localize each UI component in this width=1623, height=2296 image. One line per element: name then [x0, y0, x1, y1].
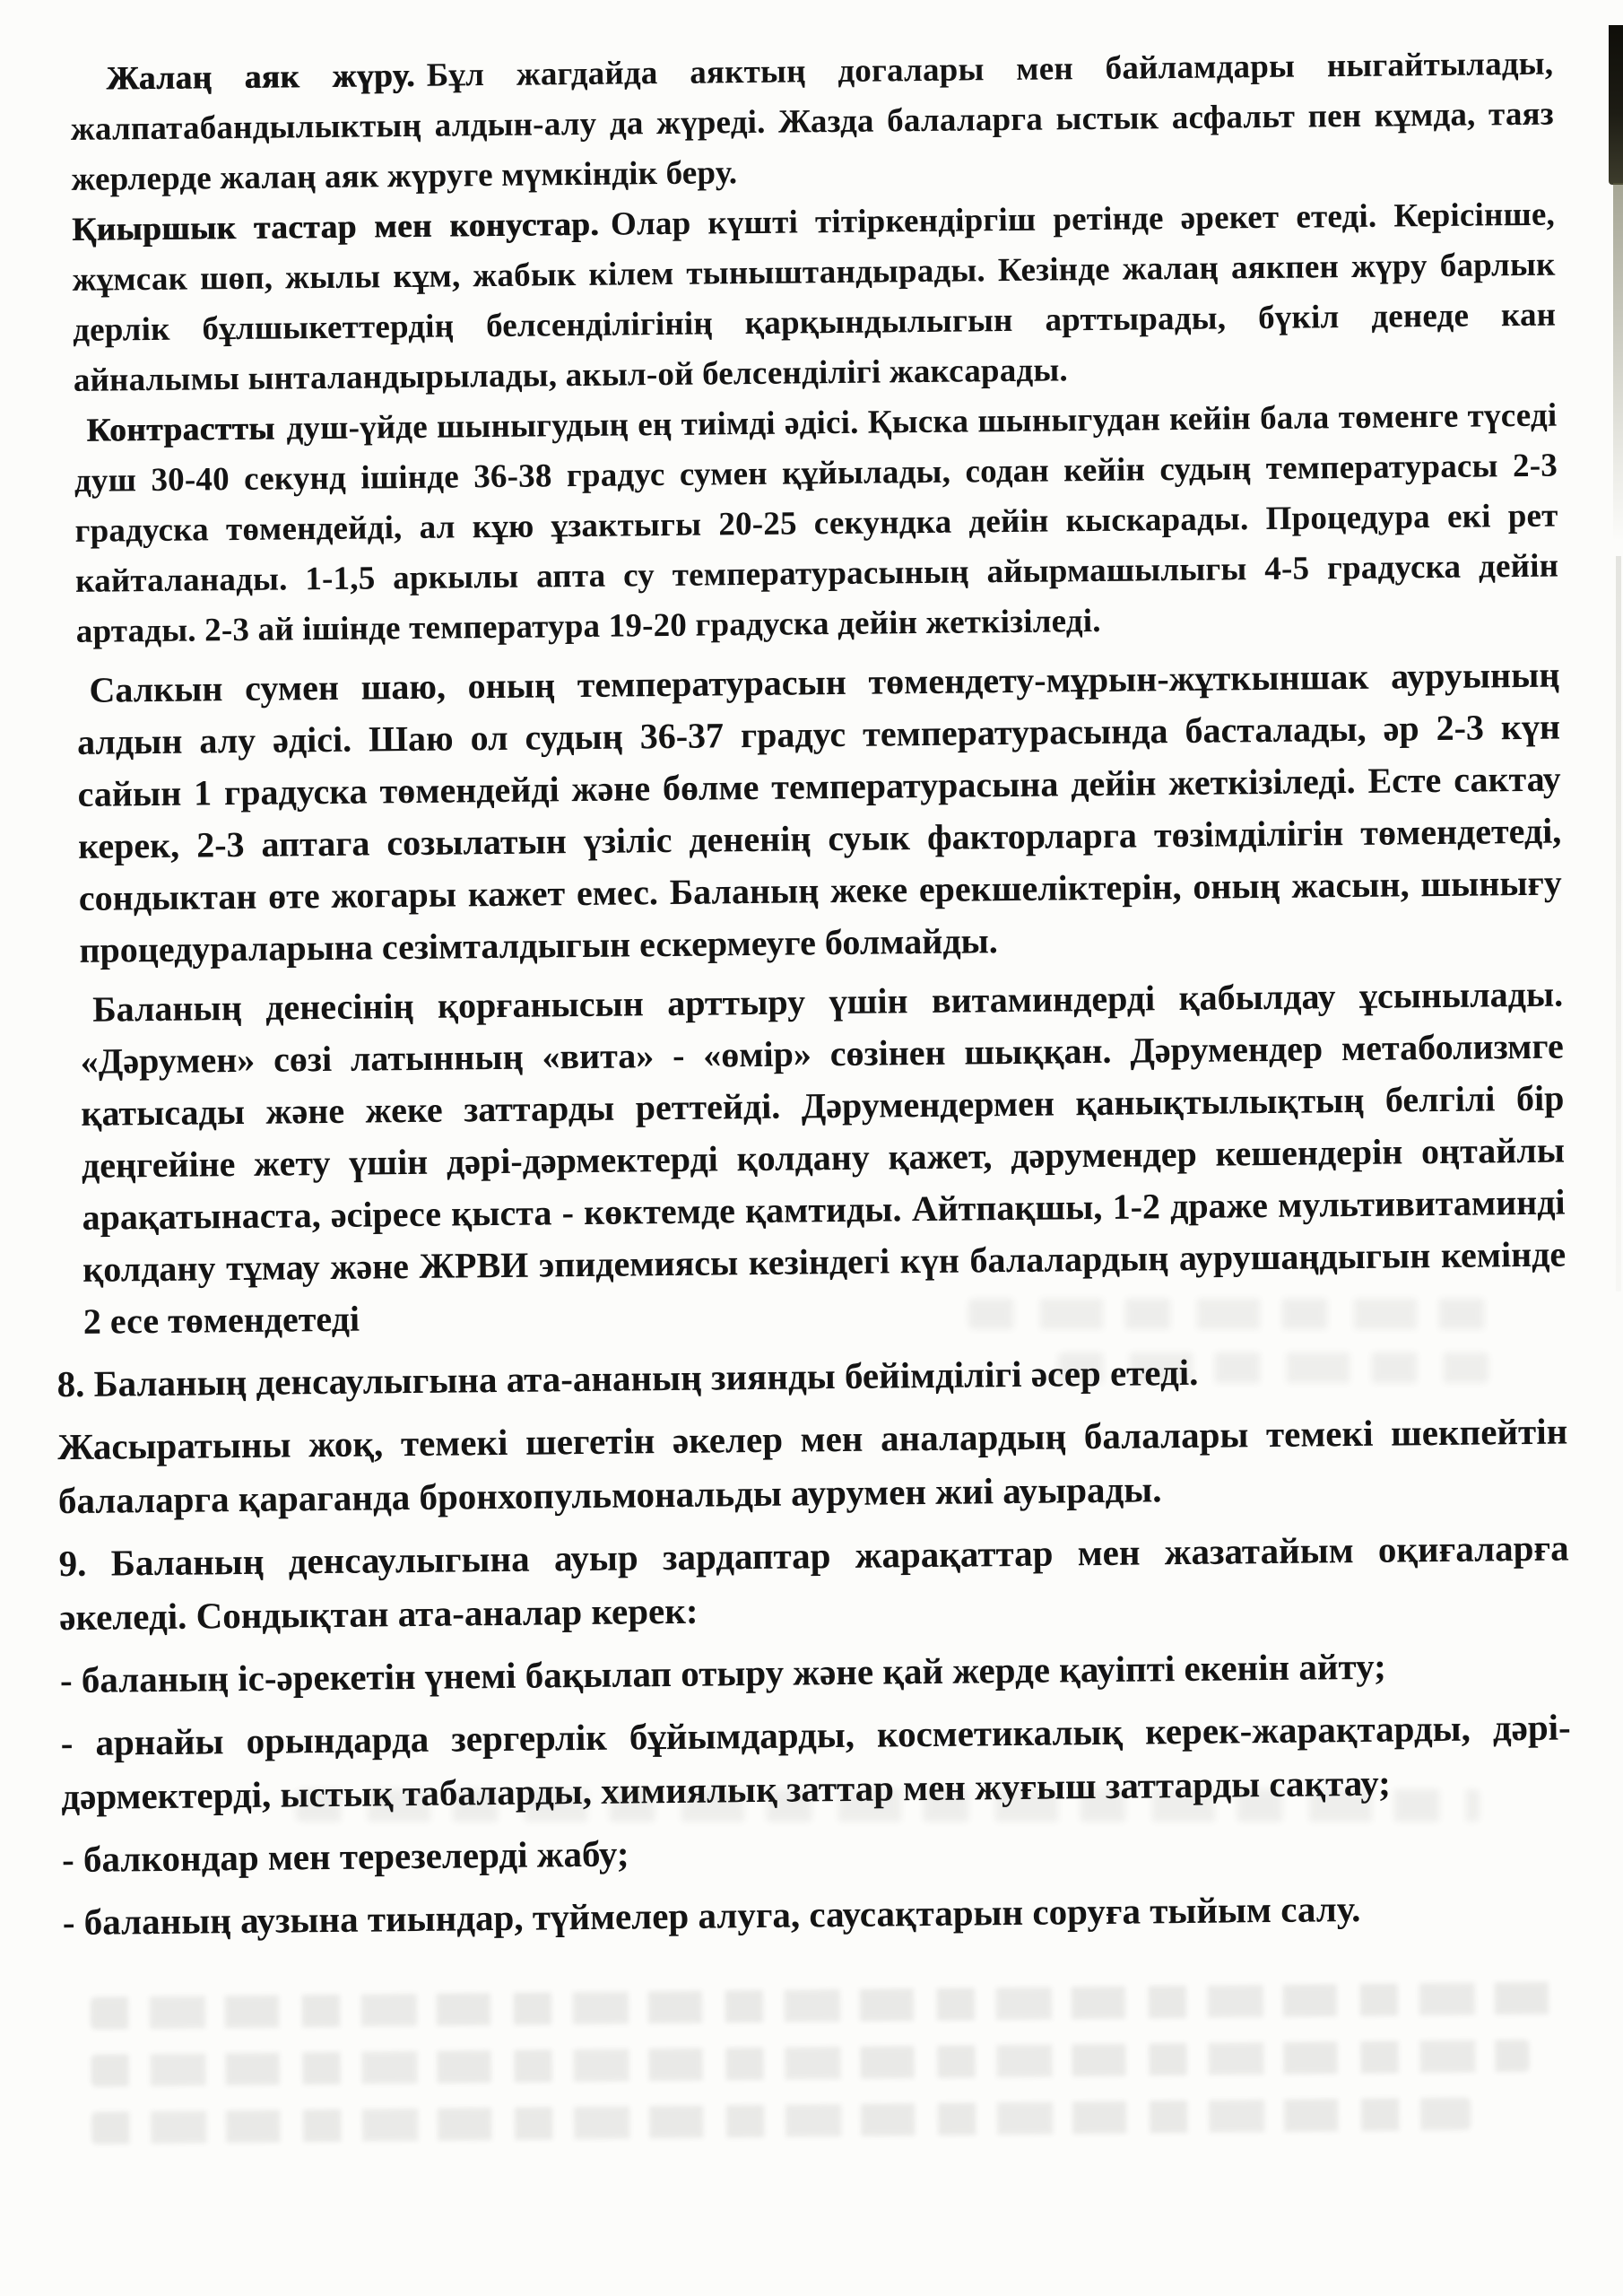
page-text-column: Жалаң аяк жүру.Бұл жагдайда аяктың догал… [70, 39, 1575, 2144]
paragraph: Жалаң аяк жүру.Бұл жагдайда аяктың догал… [70, 39, 1555, 205]
paragraph: Қиыршык тастар мен конустар.Олар күшті т… [72, 190, 1557, 406]
paragraph-text: 8. Баланың денсаулыгына ата-ананың зиянд… [56, 1352, 1198, 1405]
paragraph-lead: Қиыршык тастар мен конустар. [72, 206, 611, 248]
list-item: - баланың аузына тиындар, түймелер алуга… [63, 1879, 1574, 1949]
scan-edge-artifact-dark [1609, 25, 1623, 185]
list-item: - балкондар мен терезелерді жабу; [62, 1816, 1573, 1886]
paragraph-numbered-8: 8. Баланың денсаулыгына ата-ананың зиянд… [56, 1342, 1567, 1412]
list-item: - арнайы орындарда зергерлік бұйымдарды,… [60, 1700, 1571, 1824]
scan-edge-artifact-faint [1616, 556, 1621, 1291]
paragraph-text: Баланың денесінің қорғанысын арттыру үші… [81, 974, 1567, 1342]
paragraph-text: душ-үйде шыныгудың ең тиімді әдісі. Қыск… [74, 397, 1559, 650]
paragraph-numbered-9: 9. Баланың денсаулыгына ауыр зардаптар ж… [58, 1521, 1569, 1645]
bleed-through-ghost-paragraph [91, 1981, 1575, 2144]
list-item-text: - баланың аузына тиындар, түймелер алуга… [63, 1888, 1361, 1943]
list-item-text: - баланың іс-әрекетін үнемі бақылап отыр… [60, 1646, 1386, 1700]
scanned-page: Жалаң аяк жүру.Бұл жагдайда аяктың догал… [0, 0, 1623, 2296]
paragraph: Баланың денесінің қорғанысын арттыру үші… [80, 969, 1567, 1348]
paragraph: Контрасттыдуш-үйде шыныгудың ең тиімді ә… [74, 391, 1559, 657]
paragraph: Жасыратыны жоқ, темекі шегетін әкелер ме… [57, 1405, 1568, 1528]
paragraph-text: Салкын сумен шаю, оның температурасын тө… [77, 655, 1562, 970]
paragraph-lead: Контрастты [86, 410, 287, 448]
list-item-text: - балкондар мен терезелерді жабу; [62, 1833, 629, 1881]
list-item: - баланың іс-әрекетін үнемі бақылап отыр… [60, 1638, 1571, 1708]
paragraph-text: 9. Баланың денсаулыгына ауыр зардаптар ж… [58, 1527, 1568, 1639]
list-item-text: - арнайы орындарда зергерлік бұйымдарды,… [61, 1707, 1571, 1818]
paragraph: Салкын сумен шаю, оның температурасын тө… [76, 649, 1563, 977]
paragraph-lead: Жалаң аяк жүру. [106, 57, 427, 98]
ghost-text-line [91, 2098, 1471, 2144]
ghost-text-line [91, 2039, 1530, 2087]
ghost-text-line [91, 1982, 1559, 2030]
paragraph-text: Жасыратыны жоқ, темекі шегетін әкелер ме… [57, 1411, 1567, 1522]
scan-edge-artifact-fade [1613, 183, 1623, 542]
